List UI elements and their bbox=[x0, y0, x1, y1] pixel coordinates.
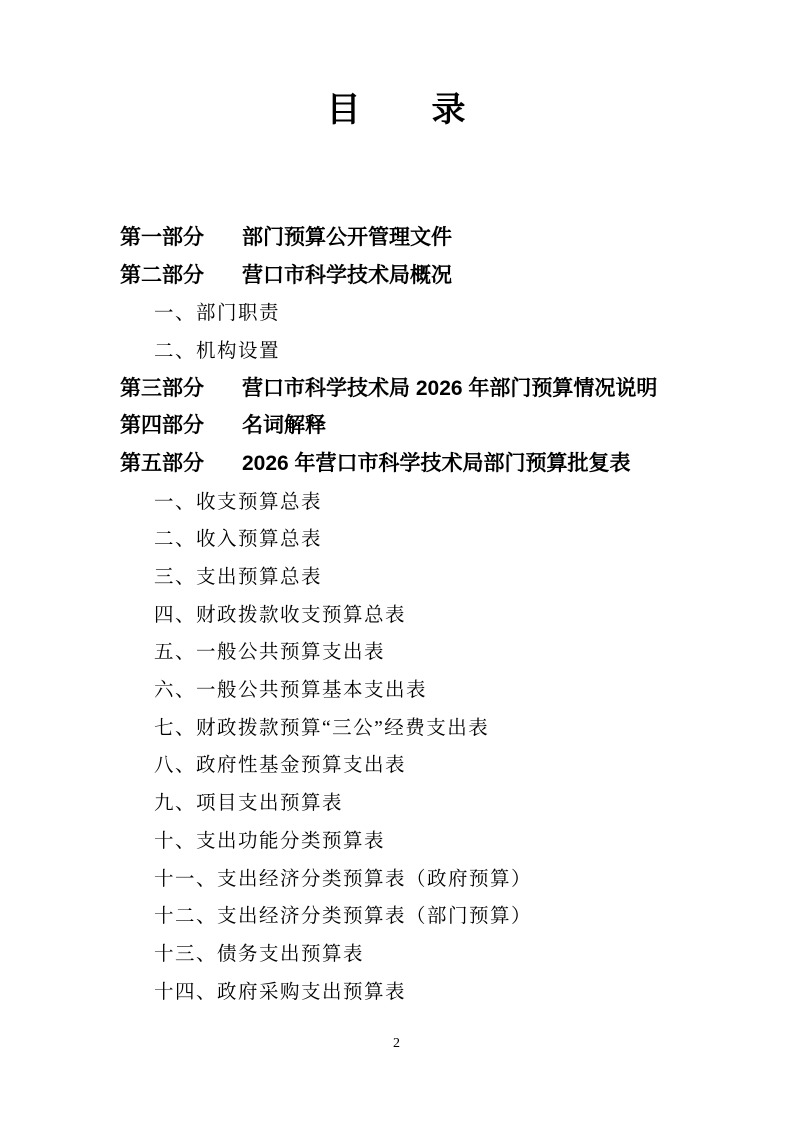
toc-sub-text: 一、部门职责 bbox=[154, 297, 280, 325]
toc-entry-sub: 五、一般公共预算支出表 bbox=[120, 632, 733, 670]
toc-entry-sub: 八、政府性基金预算支出表 bbox=[120, 745, 733, 783]
toc-part-title: 营口市科学技术局概况 bbox=[242, 259, 452, 289]
toc-sub-text: 四、财政拨款收支预算总表 bbox=[154, 599, 406, 627]
toc-part-label: 第四部分 bbox=[120, 409, 242, 439]
toc-entry-sub: 一、收支预算总表 bbox=[120, 481, 733, 519]
toc-sub-text: 五、一般公共预算支出表 bbox=[154, 636, 385, 664]
page-number: 2 bbox=[0, 1036, 793, 1052]
toc-list: 第一部分 部门预算公开管理文件 第二部分 营口市科学技术局概况 一、部门职责 二… bbox=[120, 217, 733, 1008]
toc-entry-sub: 三、支出预算总表 bbox=[120, 556, 733, 594]
toc-entry-sub: 七、财政拨款预算“三公”经费支出表 bbox=[120, 707, 733, 745]
toc-entry-sub: 一、部门职责 bbox=[120, 292, 733, 330]
toc-part-label: 第二部分 bbox=[120, 259, 242, 289]
page-title: 目 录 bbox=[0, 88, 793, 134]
toc-entry-sub: 九、项目支出预算表 bbox=[120, 782, 733, 820]
toc-sub-text: 二、机构设置 bbox=[154, 335, 280, 363]
toc-entry-sub: 十、支出功能分类预算表 bbox=[120, 820, 733, 858]
toc-entry-part-2: 第二部分 营口市科学技术局概况 bbox=[120, 255, 733, 293]
toc-sub-text: 十一、支出经济分类预算表（政府预算） bbox=[154, 863, 532, 891]
toc-entry-sub: 二、机构设置 bbox=[120, 330, 733, 368]
toc-part-label: 第三部分 bbox=[120, 372, 242, 402]
toc-sub-text: 六、一般公共预算基本支出表 bbox=[154, 674, 427, 702]
toc-sub-text: 八、政府性基金预算支出表 bbox=[154, 749, 406, 777]
toc-entry-sub: 十四、政府采购支出预算表 bbox=[120, 971, 733, 1009]
toc-entry-sub: 十二、支出经济分类预算表（部门预算） bbox=[120, 895, 733, 933]
toc-part-title: 部门预算公开管理文件 bbox=[242, 221, 452, 251]
toc-sub-text: 十四、政府采购支出预算表 bbox=[154, 976, 406, 1004]
toc-entry-part-3: 第三部分 营口市科学技术局 2026 年部门预算情况说明 bbox=[120, 368, 733, 406]
toc-entry-part-1: 第一部分 部门预算公开管理文件 bbox=[120, 217, 733, 255]
toc-part-label: 第一部分 bbox=[120, 221, 242, 251]
document-page: 目 录 第一部分 部门预算公开管理文件 第二部分 营口市科学技术局概况 一、部门… bbox=[0, 0, 793, 1122]
toc-part-title: 营口市科学技术局 2026 年部门预算情况说明 bbox=[242, 372, 657, 402]
toc-sub-text: 十二、支出经济分类预算表（部门预算） bbox=[154, 900, 532, 928]
toc-part-label: 第五部分 bbox=[120, 447, 242, 477]
toc-entry-part-5: 第五部分 2026 年营口市科学技术局部门预算批复表 bbox=[120, 443, 733, 481]
toc-part-title: 2026 年营口市科学技术局部门预算批复表 bbox=[242, 447, 631, 477]
toc-sub-text: 十、支出功能分类预算表 bbox=[154, 825, 385, 853]
toc-entry-sub: 十一、支出经济分类预算表（政府预算） bbox=[120, 858, 733, 896]
toc-sub-text: 三、支出预算总表 bbox=[154, 561, 322, 589]
toc-entry-part-4: 第四部分 名词解释 bbox=[120, 405, 733, 443]
toc-sub-text: 十三、债务支出预算表 bbox=[154, 938, 364, 966]
toc-sub-text: 七、财政拨款预算“三公”经费支出表 bbox=[154, 712, 489, 740]
toc-entry-sub: 四、财政拨款收支预算总表 bbox=[120, 594, 733, 632]
toc-sub-text: 一、收支预算总表 bbox=[154, 486, 322, 514]
toc-sub-text: 二、收入预算总表 bbox=[154, 523, 322, 551]
toc-entry-sub: 六、一般公共预算基本支出表 bbox=[120, 669, 733, 707]
toc-sub-text: 九、项目支出预算表 bbox=[154, 787, 343, 815]
toc-part-title: 名词解释 bbox=[242, 409, 326, 439]
toc-entry-sub: 二、收入预算总表 bbox=[120, 519, 733, 557]
toc-entry-sub: 十三、债务支出预算表 bbox=[120, 933, 733, 971]
